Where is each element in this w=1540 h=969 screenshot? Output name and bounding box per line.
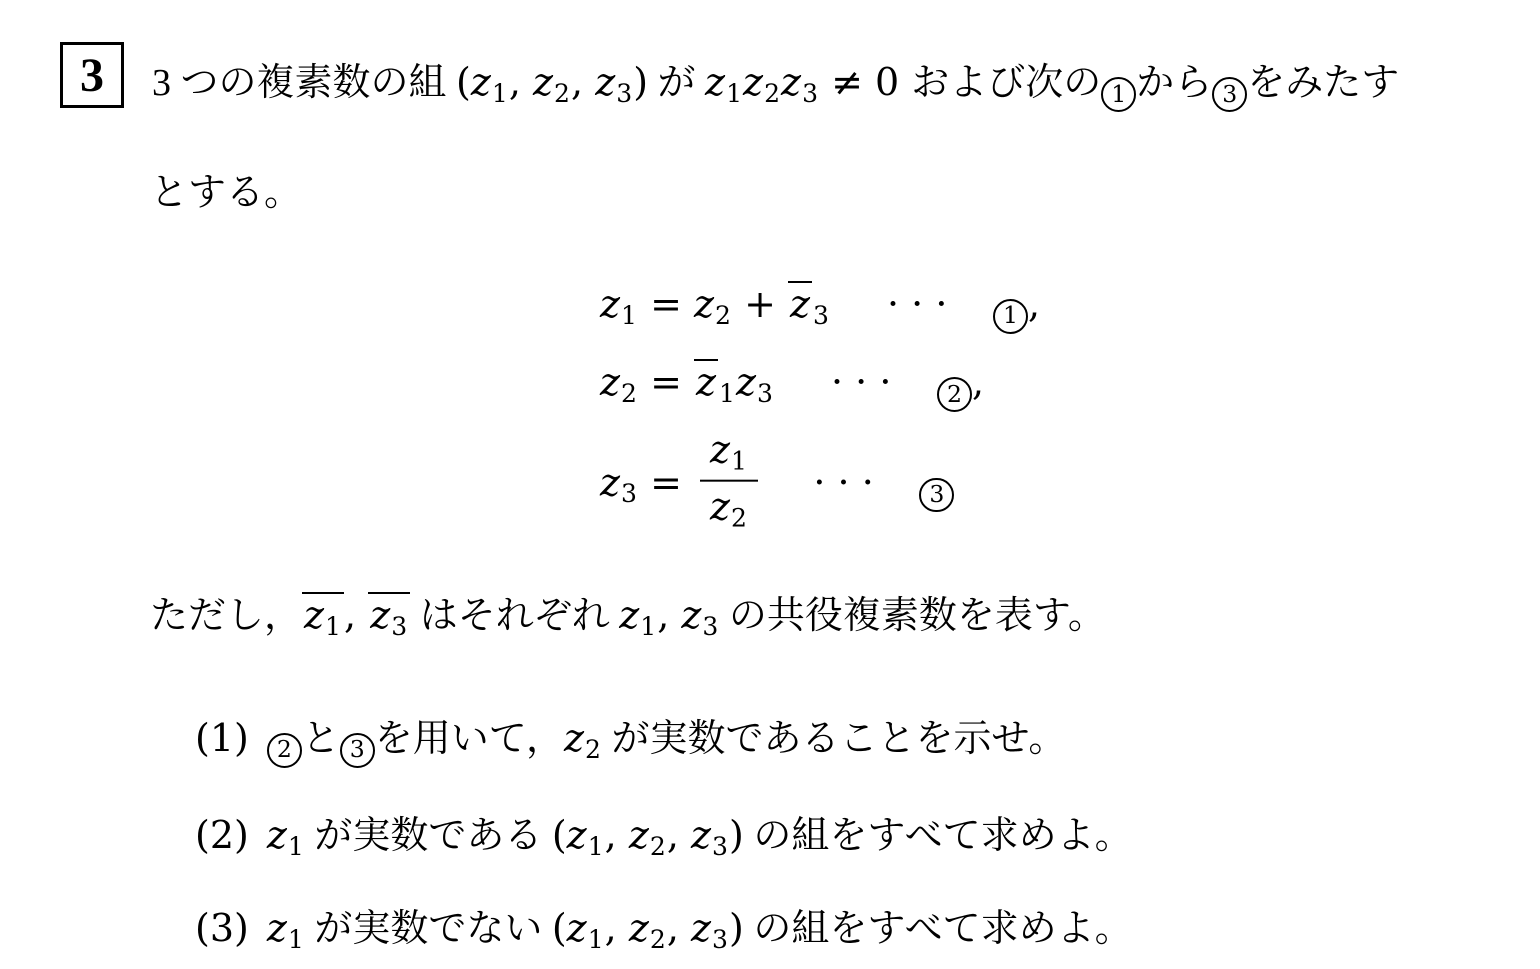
circled-number-digit: 3 (929, 483, 944, 507)
problem-number: 3 (80, 48, 104, 103)
circled-number: 1 (993, 299, 1028, 334)
text-run: が実数でない (305, 908, 552, 950)
math-variable: z (567, 813, 587, 857)
math-variable: z (619, 593, 639, 637)
math-variable: z (781, 60, 801, 104)
circled-number: 3 (1212, 77, 1247, 112)
intro-line-2: とする。 (150, 161, 1500, 216)
text-run: から (1136, 62, 1212, 104)
equation-2: z2 = z1z3· · ·2, (600, 358, 1500, 412)
math-variable: z (595, 60, 615, 104)
math-subscript: 1 (492, 79, 508, 108)
circled-number-digit: 2 (277, 738, 292, 762)
text-run: ただし， (150, 595, 302, 637)
text-run: を用いて， (375, 718, 564, 760)
equation-3: z3 = z1z2· · ·3 (600, 436, 1500, 538)
question-2-label: (2) (195, 813, 249, 857)
question-3-text: z1 が実数でない (z1, z2, z3) の組をすべて求めよ。 (267, 897, 1133, 954)
circled-number-digit: 3 (350, 738, 365, 762)
math-symbol: , (571, 60, 595, 104)
circled-number-digit: 3 (1222, 83, 1237, 107)
math-variable: z (696, 360, 716, 404)
math-symbol: · · · (813, 460, 873, 504)
circled-number: 2 (937, 377, 972, 412)
text-run: の組をすべて求めよ。 (744, 815, 1133, 857)
math-symbol: , (344, 593, 368, 637)
math-subscript: 1 (640, 612, 656, 641)
math-symbol: = (638, 282, 694, 326)
math-symbol: ) (633, 60, 648, 104)
math-subscript: 1 (588, 925, 604, 954)
math-variable: z (710, 427, 730, 471)
overline-group: z3 (368, 592, 410, 640)
text-run: が実数である (305, 815, 552, 857)
text-run: はそれぞれ (410, 595, 619, 637)
math-variable: z (790, 282, 810, 326)
question-2: (2) z1 が実数である (z1, z2, z3) の組をすべて求めよ。 (195, 804, 1500, 861)
math-variable: z (691, 906, 711, 950)
problem-header: 3 3 つの複素数の組 (z1, z2, z3) が z1z2z3 ≠ 0 およ… (60, 40, 1500, 113)
math-variable: z (629, 813, 649, 857)
math-subscript: 1 (288, 832, 304, 861)
math-subscript: 2 (621, 379, 637, 408)
math-subscript: 3 (391, 612, 407, 641)
question-1-text: 2と3を用いて，z2 が実数であることを示せ。 (267, 707, 1067, 768)
math-symbol: · · · (831, 360, 891, 404)
math-subscript: 3 (702, 612, 718, 641)
conjugate-note: ただし，z1, z3 はそれぞれ z1, z3 の共役複素数を表す。 (150, 584, 1500, 641)
math-variable: z (694, 282, 714, 326)
math-symbol: , (605, 813, 629, 857)
math-symbol: ( (552, 813, 567, 857)
math-subscript: 1 (288, 925, 304, 954)
math-variable: z (267, 813, 287, 857)
math-symbol: , (1028, 282, 1040, 326)
math-symbol: + (732, 282, 788, 326)
equation-1: z1 = z2 + z3· · ·1, (600, 280, 1500, 334)
equation-block: z1 = z2 + z3· · ·1, z2 = z1z3· · ·2, z3 … (600, 280, 1500, 538)
circled-number-digit: 1 (1003, 304, 1018, 328)
circled-number: 3 (340, 733, 375, 768)
text-run: および次の (911, 62, 1101, 104)
math-subscript: 3 (616, 79, 632, 108)
intro-line-1: 3 つの複素数の組 (z1, z2, z3) が z1z2z3 ≠ 0 および次… (152, 40, 1399, 113)
math-variable: z (681, 593, 701, 637)
overline-group: z (694, 359, 718, 404)
circled-number-digit: 2 (947, 383, 962, 407)
math-subscript: 3 (712, 832, 728, 861)
math-subscript: 1 (719, 379, 735, 408)
math-subscript: 2 (715, 301, 731, 330)
circled-number: 1 (1101, 77, 1136, 112)
math-subscript: 2 (764, 79, 780, 108)
question-list: (1) 2と3を用いて，z2 が実数であることを示せ。 (2) z1 が実数であ… (195, 707, 1500, 954)
math-symbol: , (667, 813, 691, 857)
math-subscript: 3 (813, 301, 829, 330)
math-subscript: 3 (621, 479, 637, 508)
circled-number: 3 (919, 478, 954, 513)
text-run: 3 つの複素数の組 (152, 62, 456, 104)
text-run: をみたす (1247, 62, 1399, 104)
fraction: z1z2 (700, 430, 758, 532)
math-variable: z (743, 60, 763, 104)
math-variable: z (471, 60, 491, 104)
math-symbol: ) (729, 906, 744, 950)
question-3: (3) z1 が実数でない (z1, z2, z3) の組をすべて求めよ。 (195, 897, 1500, 954)
math-subscript: 2 (650, 832, 666, 861)
text-run: が実数であることを示せ。 (602, 718, 1066, 760)
math-symbol: = (638, 460, 694, 504)
math-variable: z (710, 485, 730, 529)
math-variable: z (370, 593, 390, 637)
fraction-denominator: z2 (700, 482, 758, 532)
math-variable: z (567, 906, 587, 950)
math-subscript: 2 (650, 925, 666, 954)
problem-number-box: 3 (60, 42, 124, 108)
overline-group: z (788, 281, 812, 326)
math-subscript: 1 (588, 832, 604, 861)
math-variable: z (691, 813, 711, 857)
math-subscript: 3 (712, 925, 728, 954)
math-symbol: , (972, 360, 984, 404)
question-1-label: (1) (195, 716, 249, 760)
math-subscript: 1 (621, 301, 637, 330)
text-run: の組をすべて求めよ。 (744, 908, 1133, 950)
question-2-text: z1 が実数である (z1, z2, z3) の組をすべて求めよ。 (267, 804, 1133, 861)
math-variable: z (600, 282, 620, 326)
text-run: と (302, 718, 340, 760)
math-symbol: · · · (887, 282, 947, 326)
math-subscript: 1 (726, 79, 742, 108)
math-symbol: , (605, 906, 629, 950)
math-subscript: 2 (554, 79, 570, 108)
math-subscript: 3 (802, 79, 818, 108)
question-3-label: (3) (195, 906, 249, 950)
text-run: が (648, 62, 705, 104)
math-symbol: = (638, 360, 694, 404)
math-variable: z (705, 60, 725, 104)
math-variable: z (304, 593, 324, 637)
math-symbol: ) (729, 813, 744, 857)
math-symbol: , (509, 60, 533, 104)
math-subscript: 3 (757, 379, 773, 408)
fraction-numerator: z1 (700, 430, 758, 481)
circled-number: 2 (267, 733, 302, 768)
math-symbol: , (657, 593, 681, 637)
text-run: の共役複素数を表す。 (719, 595, 1105, 637)
math-symbol: , (667, 906, 691, 950)
math-symbol: ( (456, 60, 471, 104)
math-variable: z (600, 360, 620, 404)
question-1: (1) 2と3を用いて，z2 が実数であることを示せ。 (195, 707, 1500, 768)
math-variable: z (267, 906, 287, 950)
math-variable: z (600, 460, 620, 504)
math-subscript: 2 (585, 735, 601, 764)
math-variable: z (736, 360, 756, 404)
math-variable: z (629, 906, 649, 950)
math-subscript: 2 (731, 504, 747, 533)
math-symbol: ≠ 0 (819, 60, 911, 104)
text-run: とする。 (150, 172, 302, 214)
math-symbol: ( (552, 906, 567, 950)
math-subscript: 1 (325, 612, 341, 641)
math-subscript: 1 (731, 447, 747, 476)
overline-group: z1 (302, 592, 344, 640)
math-variable: z (564, 716, 584, 760)
problem-page: 3 3 つの複素数の組 (z1, z2, z3) が z1z2z3 ≠ 0 およ… (0, 0, 1540, 969)
circled-number-digit: 1 (1111, 83, 1126, 107)
math-variable: z (533, 60, 553, 104)
